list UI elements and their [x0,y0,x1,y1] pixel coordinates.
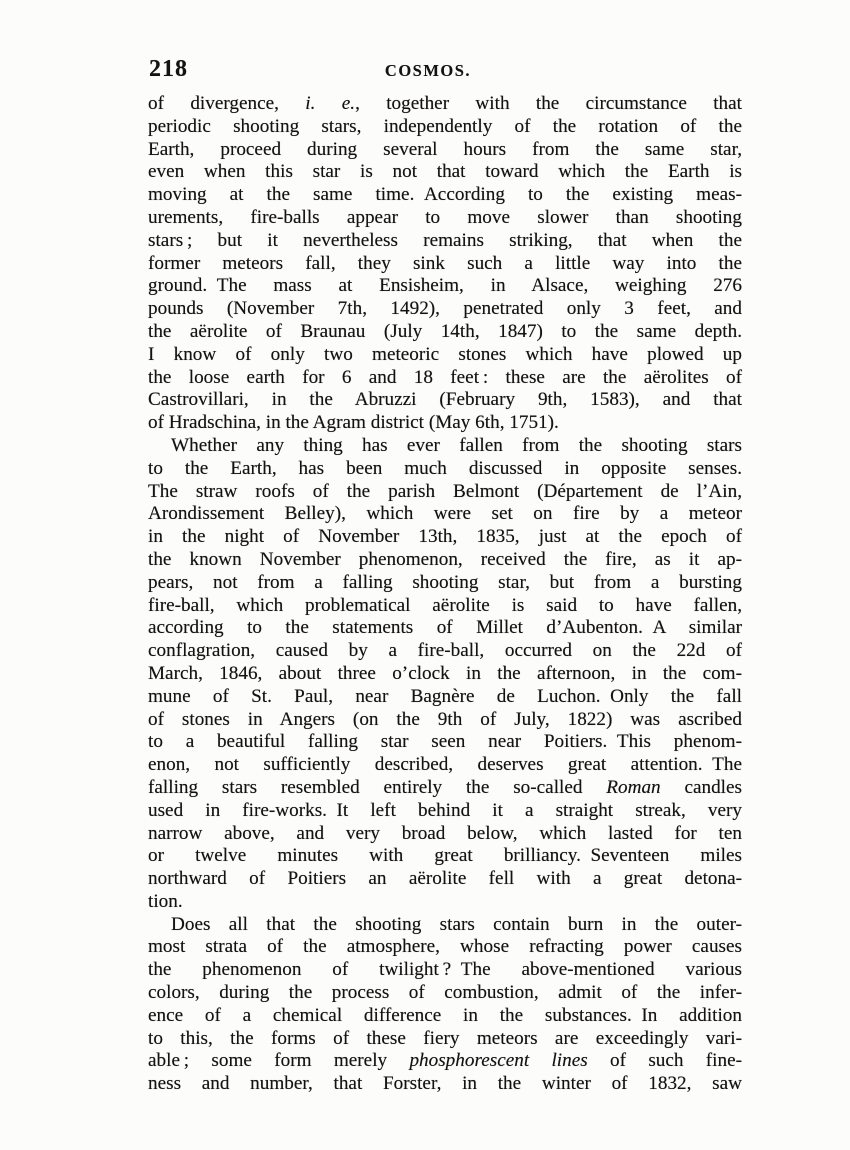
text-line: ence of a chemical difference in the sub… [148,1005,742,1028]
text-segment: Arondissement Belley), which were set on… [148,503,742,524]
text-line: falling stars resembled entirely the so-… [148,777,742,800]
text-line: the aërolite of Braunau (July 14th, 1847… [148,321,742,344]
text-line: the phenomenon of twilight ? The above-m… [148,959,742,982]
text-line: ness and number, that Forster, in the wi… [148,1073,742,1096]
text-line: in the night of November 13th, 1835, jus… [148,526,742,549]
text-segment: candles [661,777,742,798]
text-segment: urements, fire-balls appear to move slow… [148,207,742,228]
text-segment: the phenomenon of twilight ? The above-m… [148,959,742,980]
text-segment: mune of St. Paul, near Bagnère de Luchon… [148,686,742,707]
text-line: March, 1846, about three o’clock in the … [148,663,742,686]
text-segment: ground. The mass at Ensisheim, in Alsace… [148,275,742,296]
text-line: former meteors fall, they sink such a li… [148,253,742,276]
text-segment: the known November phenomenon, received … [148,549,742,570]
text-segment: in the night of November 13th, 1835, jus… [148,526,742,547]
text-segment: Does all that the shooting stars contain… [171,914,742,935]
text-segment: able ; some form merely [148,1050,409,1071]
text-segment: most strata of the atmosphere, whose ref… [148,936,742,957]
text-line: narrow above, and very broad below, whic… [148,823,742,846]
text-line: moving at the same time. According to th… [148,184,742,207]
paragraph-1: of divergence, i. e., together with the … [148,93,742,435]
text-segment: falling stars resembled entirely the so-… [148,777,606,798]
text-line: fire-ball, which problematical aërolite … [148,595,742,618]
text-line: to a beautiful falling star seen near Po… [148,731,742,754]
text-segment: former meteors fall, they sink such a li… [148,253,742,274]
text-column: of divergence, i. e., together with the … [148,93,742,1096]
text-line: pounds (November 7th, 1492), penetrated … [148,298,742,321]
text-line: to the Earth, has been much discussed in… [148,458,742,481]
page-header: 218 COSMOS. [148,56,742,84]
text-line: used in fire-works. It left behind it a … [148,800,742,823]
running-title: COSMOS. [148,61,708,81]
text-segment: according to the statements of Millet d’… [148,617,742,638]
text-segment: to this, the forms of these fiery meteor… [148,1028,742,1049]
italic-text: phosphorescent lines [409,1050,587,1071]
text-line: most strata of the atmosphere, whose ref… [148,936,742,959]
text-segment: ence of a chemical difference in the sub… [148,1005,742,1026]
text-segment: northward of Poitiers an aërolite fell w… [148,868,742,889]
text-segment: pounds (November 7th, 1492), penetrated … [148,298,742,319]
text-segment: enon, not sufficiently described, deserv… [148,754,742,775]
text-line: pears, not from a falling shooting star,… [148,572,742,595]
text-segment: periodic shooting stars, independently o… [148,116,742,137]
text-line: conflagration, caused by a fire-ball, oc… [148,640,742,663]
text-line: colors, during the process of combustion… [148,982,742,1005]
text-line: of Hradschina, in the Agram district (Ma… [148,412,742,435]
paragraph-2: Whether any thing has ever fallen from t… [148,435,742,914]
text-segment: of Hradschina, in the Agram district (Ma… [148,412,559,433]
text-segment: fire-ball, which problematical aërolite … [148,595,742,616]
text-segment: of divergence, [148,93,305,114]
text-segment: the loose earth for 6 and 18 feet : thes… [148,367,742,388]
text-segment: tion. [148,891,183,912]
italic-text: i. e. [305,93,355,114]
text-segment: conflagration, caused by a fire-ball, oc… [148,640,742,661]
text-segment: pears, not from a falling shooting star,… [148,572,742,593]
text-line: the known November phenomenon, received … [148,549,742,572]
text-segment: narrow above, and very broad below, whic… [148,823,742,844]
text-segment: colors, during the process of combustion… [148,982,742,1003]
text-segment: of stones in Angers (on the 9th of July,… [148,709,742,730]
text-line: according to the statements of Millet d’… [148,617,742,640]
text-line: northward of Poitiers an aërolite fell w… [148,868,742,891]
text-line: Arondissement Belley), which were set on… [148,503,742,526]
text-line: able ; some form merely phosphorescent l… [148,1050,742,1073]
text-segment: the aërolite of Braunau (July 14th, 1847… [148,321,742,342]
text-line: ground. The mass at Ensisheim, in Alsace… [148,275,742,298]
text-line: Does all that the shooting stars contain… [148,914,742,937]
text-segment: of such fine- [588,1050,742,1071]
text-segment: or twelve minutes with great brilliancy.… [148,845,742,866]
text-line: enon, not sufficiently described, deserv… [148,754,742,777]
text-line: of stones in Angers (on the 9th of July,… [148,709,742,732]
text-segment: stars ; but it nevertheless remains stri… [148,230,742,251]
text-line: Whether any thing has ever fallen from t… [148,435,742,458]
text-segment: used in fire-works. It left behind it a … [148,800,742,821]
text-segment: ness and number, that Forster, in the wi… [148,1073,742,1094]
book-page: 218 COSMOS. of divergence, i. e., togeth… [0,0,850,1150]
text-segment: The straw roofs of the parish Belmont (D… [148,481,742,502]
text-line: The straw roofs of the parish Belmont (D… [148,481,742,504]
text-segment: March, 1846, about three o’clock in the … [148,663,742,684]
italic-text: Roman [606,777,660,798]
text-line: urements, fire-balls appear to move slow… [148,207,742,230]
text-segment: to a beautiful falling star seen near Po… [148,731,742,752]
text-segment: Whether any thing has ever fallen from t… [171,435,742,456]
text-segment: I know of only two meteoric stones which… [148,344,742,365]
text-line: stars ; but it nevertheless remains stri… [148,230,742,253]
text-line: mune of St. Paul, near Bagnère de Luchon… [148,686,742,709]
text-segment: , together with the circumstance that [355,93,742,114]
paragraph-3: Does all that the shooting stars contain… [148,914,742,1096]
text-line: I know of only two meteoric stones which… [148,344,742,367]
text-line: to this, the forms of these fiery meteor… [148,1028,742,1051]
text-segment: moving at the same time. According to th… [148,184,742,205]
text-segment: even when this star is not that toward w… [148,161,742,182]
text-line: periodic shooting stars, independently o… [148,116,742,139]
text-line: of divergence, i. e., together with the … [148,93,742,116]
text-line: or twelve minutes with great brilliancy.… [148,845,742,868]
text-line: even when this star is not that toward w… [148,161,742,184]
text-line: Earth, proceed during several hours from… [148,139,742,162]
text-line: tion. [148,891,742,914]
text-segment: Earth, proceed during several hours from… [148,139,742,160]
text-line: Castrovillari, in the Abruzzi (February … [148,389,742,412]
text-segment: Castrovillari, in the Abruzzi (February … [148,389,742,410]
text-line: the loose earth for 6 and 18 feet : thes… [148,367,742,390]
text-segment: to the Earth, has been much discussed in… [148,458,742,479]
